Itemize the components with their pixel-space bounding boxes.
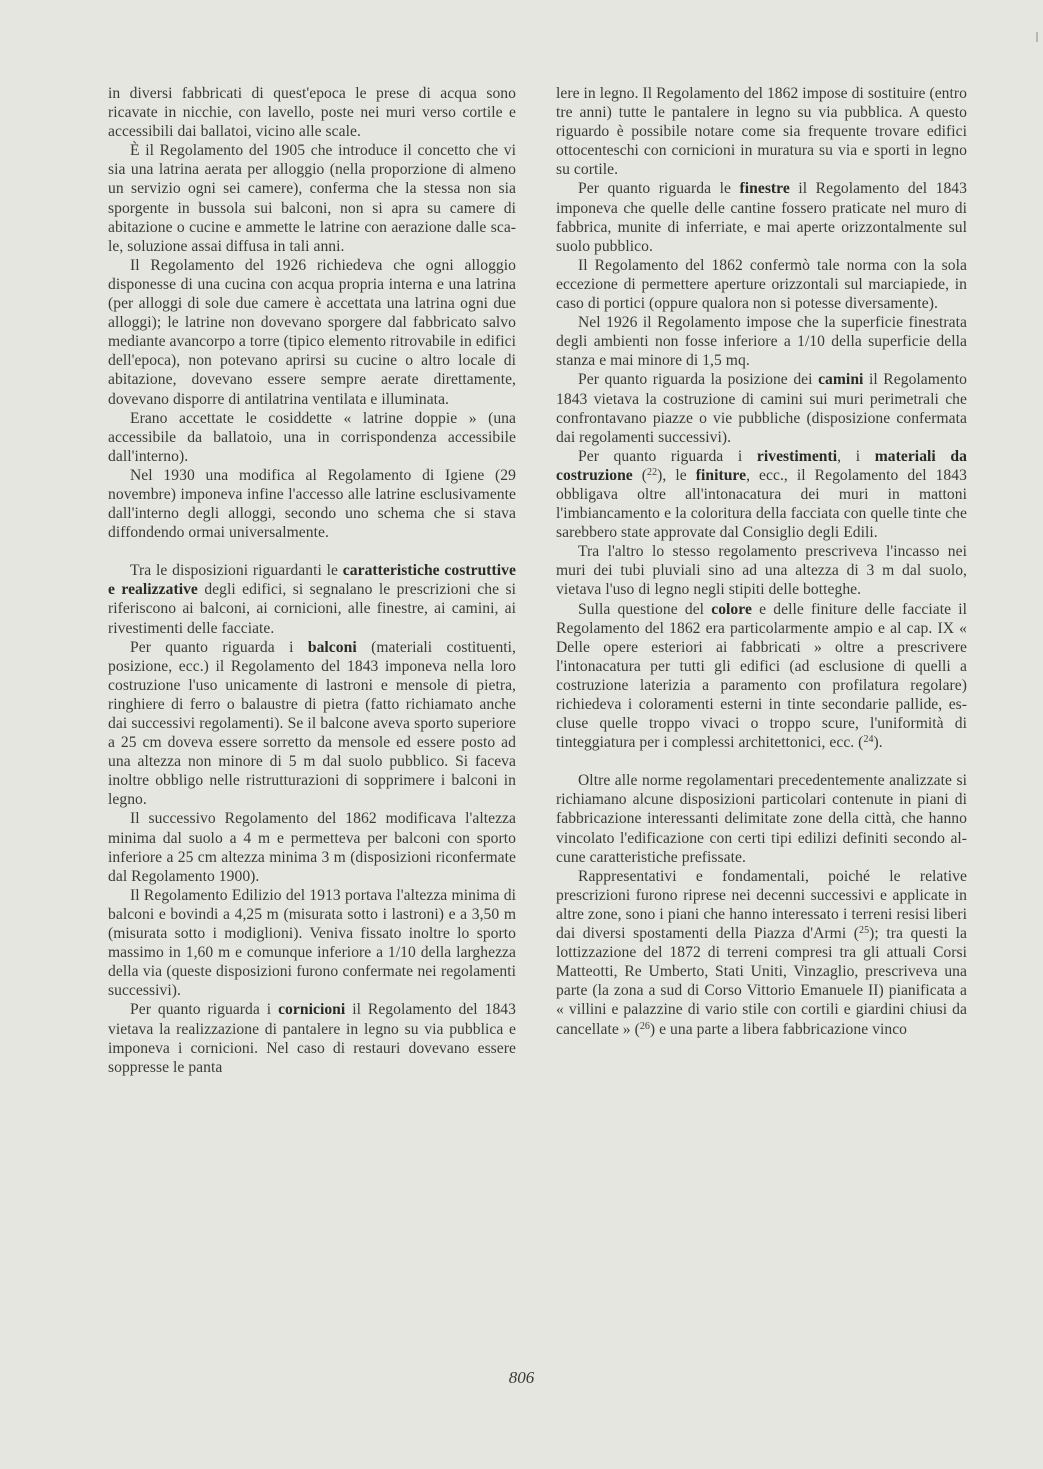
emphasis-term: camini — [818, 371, 863, 388]
text-run: Il Regolamento del 1862 confermò tale no… — [556, 257, 967, 312]
text-run: e delle finiture delle facciate il Regol… — [556, 601, 967, 752]
paragraph: Per quanto riguarda le finestre il Regol… — [556, 179, 967, 255]
paragraph: Sulla questione del colore e delle finit… — [556, 600, 967, 753]
text-run: Tra l'altro lo stesso regolamento prescr… — [556, 543, 967, 598]
text-run: Per quanto riguarda le — [578, 180, 740, 197]
text-run: Il Regolamento del 1926 richiedeva che o… — [108, 257, 516, 408]
emphasis-term: finestre — [740, 180, 790, 197]
text-run: ). — [874, 734, 883, 751]
paragraph: Nel 1926 il Regolamento impose che la su… — [556, 313, 967, 370]
text-run: Il Regolamento Edilizio del 1913 portava… — [108, 887, 516, 999]
paragraph: Per quanto riguarda i balconi (materiali… — [108, 638, 516, 810]
footnote-ref: 24 — [863, 734, 873, 745]
paragraph: Tra le disposizioni riguardanti le carat… — [108, 561, 516, 637]
text-run: ( — [633, 467, 647, 484]
paragraph: Il Regolamento del 1926 richiedeva che o… — [108, 256, 516, 409]
text-run: È il Regolamento del 1905 che introduce … — [108, 142, 516, 254]
paragraph: in diversi fabbricati di quest'epoca le … — [108, 84, 516, 141]
text-run: , i — [837, 448, 875, 465]
scan-edge-mark — [1036, 32, 1038, 42]
paragraph: Per quanto riguarda i cornicioni il Rego… — [108, 1000, 516, 1076]
text-run: Nel 1926 il Regolamento impose che la su… — [556, 314, 967, 369]
paragraph: Per quanto riguarda i rivestimenti, i ma… — [556, 447, 967, 542]
emphasis-term: cornicioni — [278, 1001, 345, 1018]
text-run: ), le — [657, 467, 696, 484]
text-run: Oltre alle norme regolamentari precedent… — [556, 772, 967, 865]
text-run: Per quanto riguarda i — [130, 639, 308, 656]
paragraph: Per quanto riguarda la posizione dei cam… — [556, 370, 967, 446]
paragraph: Rappresentativi e fondamentali, poiché l… — [556, 867, 967, 1039]
footnote-ref: 26 — [640, 1021, 650, 1032]
paragraph: lere in legno. Il Regolamento del 1862 i… — [556, 84, 967, 179]
text-run: Per quanto riguarda la posizione dei — [578, 371, 818, 388]
footnote-ref: 22 — [647, 467, 657, 478]
text-run: (materiali costi­tuenti, posizione, ecc.… — [108, 639, 516, 809]
paragraph: Tra l'altro lo stesso regolamento prescr… — [556, 542, 967, 599]
emphasis-term: rivestimenti — [757, 448, 837, 465]
text-run: in diversi fabbricati di quest'epoca le … — [108, 85, 516, 140]
emphasis-term: colore — [711, 601, 752, 618]
text-run: Tra le disposizioni riguardanti le — [130, 562, 343, 579]
text-run: Il successivo Regolamento del 1862 modif… — [108, 810, 516, 884]
paragraph: Il Regolamento Edilizio del 1913 portava… — [108, 886, 516, 1001]
text-run: Per quanto riguarda i — [578, 448, 757, 465]
text-run: Sulla questione del — [578, 601, 711, 618]
page-number: 806 — [0, 1368, 1043, 1388]
paragraph: Il successivo Regolamento del 1862 modif… — [108, 809, 516, 885]
footnote-ref: 25 — [859, 925, 869, 936]
paragraph: Il Regolamento del 1862 confermò tale no… — [556, 256, 967, 313]
emphasis-term: finiture — [696, 467, 746, 484]
emphasis-term: balconi — [308, 639, 357, 656]
left-column: in diversi fabbricati di quest'epoca le … — [108, 84, 516, 1077]
text-run: lere in legno. Il Regolamento del 1862 i… — [556, 85, 967, 178]
paragraph: Nel 1930 una modifica al Regolamento di … — [108, 466, 516, 542]
text-run: Nel 1930 una modifica al Regolamento di … — [108, 467, 516, 541]
paragraph: Erano accettate le cosiddette « latrine … — [108, 409, 516, 466]
text-run: Erano accettate le cosiddette « latrine … — [108, 410, 516, 465]
paragraph: Oltre alle norme regolamentari precedent… — [556, 771, 967, 866]
paragraph: È il Regolamento del 1905 che introduce … — [108, 141, 516, 256]
right-column: lere in legno. Il Regolamento del 1862 i… — [556, 84, 967, 1039]
text-run: Per quanto riguarda i — [130, 1001, 278, 1018]
text-run: ) e una parte a libera fabbricazione vin… — [650, 1021, 907, 1038]
